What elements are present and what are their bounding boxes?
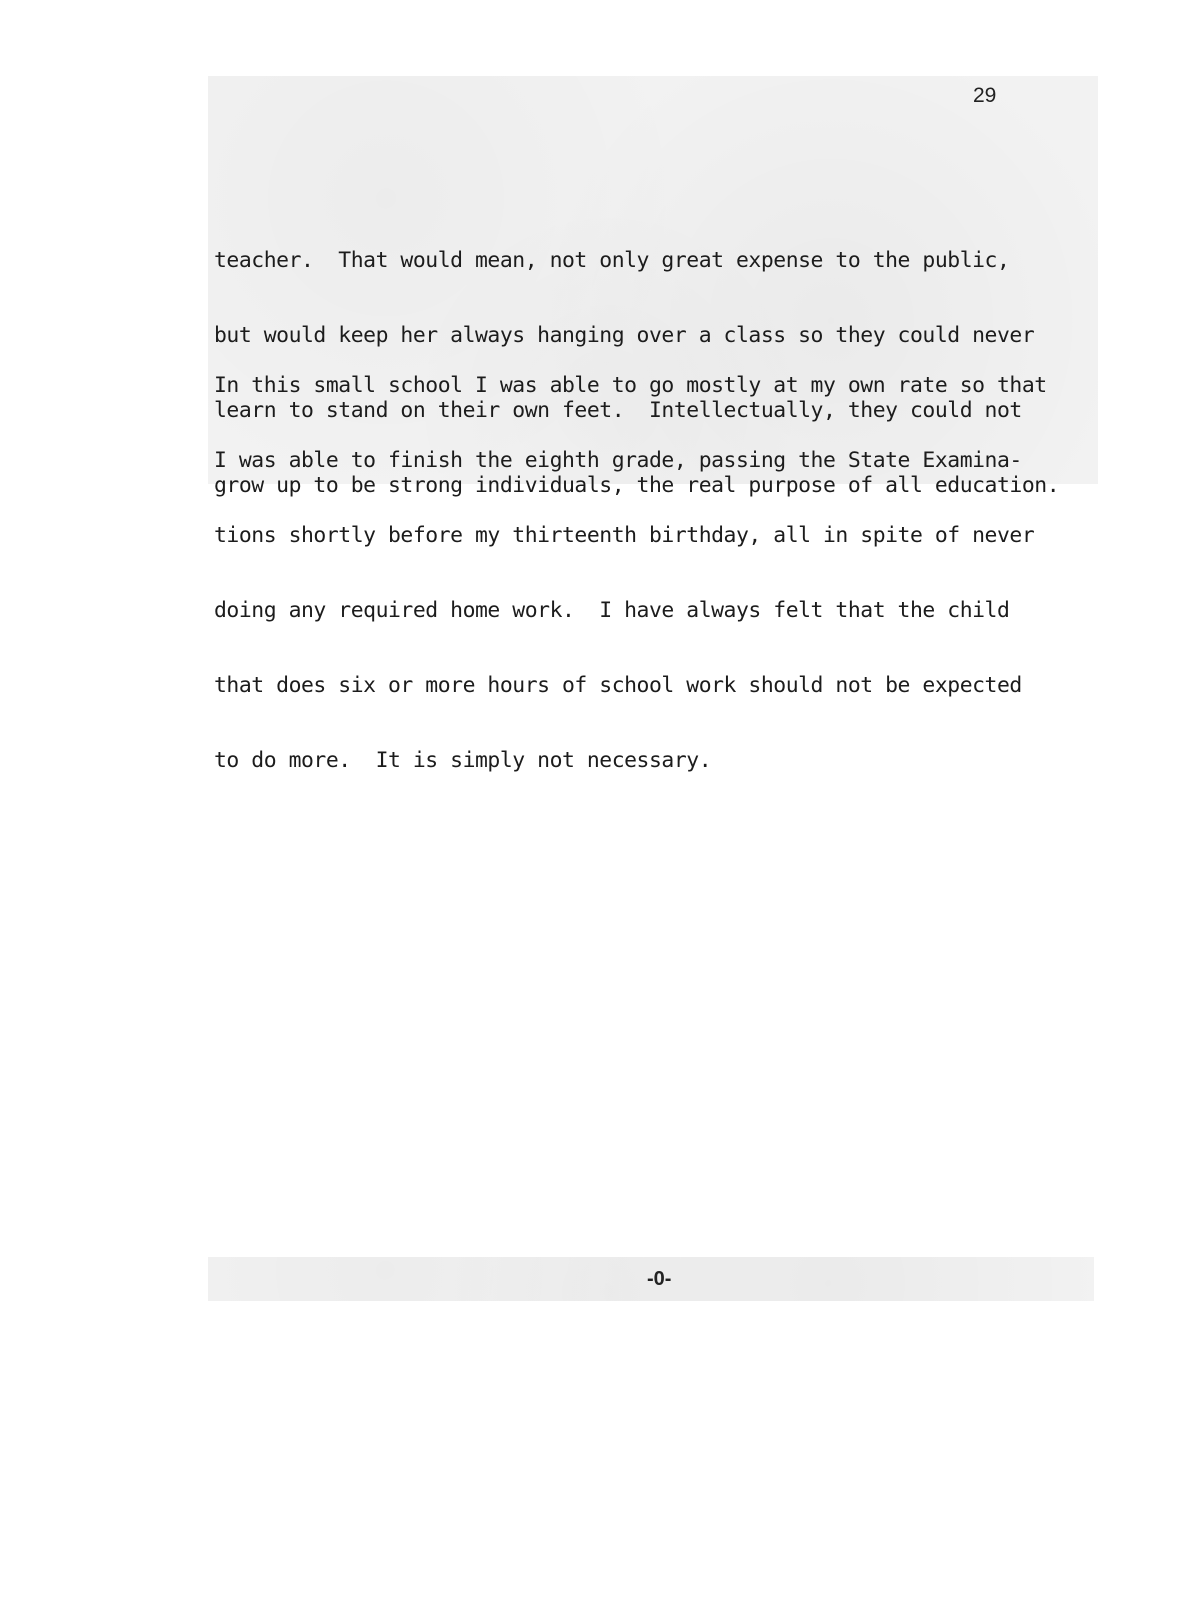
end-of-section-mark: -0- bbox=[647, 1268, 671, 1291]
text-line: tions shortly before my thirteenth birth… bbox=[214, 523, 1047, 548]
text-line: In this small school I was able to go mo… bbox=[214, 373, 1047, 398]
text-line: teacher. That would mean, not only great… bbox=[214, 248, 1059, 273]
page-number: 29 bbox=[973, 84, 996, 108]
text-line: to do more. It is simply not necessary. bbox=[214, 748, 1047, 773]
text-line: doing any required home work. I have alw… bbox=[214, 598, 1047, 623]
text-line: that does six or more hours of school wo… bbox=[214, 673, 1047, 698]
paragraph-2: In this small school I was able to go mo… bbox=[214, 323, 1047, 798]
text-line: I was able to finish the eighth grade, p… bbox=[214, 448, 1047, 473]
